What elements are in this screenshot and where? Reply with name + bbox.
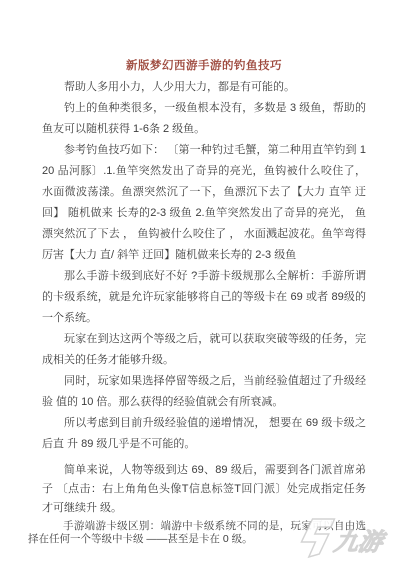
document-page: 新版梦幻西游手游的钓鱼技巧 帮助人多用小力，人少用大力，都是有可能的。 钓上的鱼… [0, 0, 400, 566]
9game-logo-icon: 九游 [292, 516, 392, 560]
paragraph: 参考钓鱼技巧如下： 〔第一种钓过毛蟹，第二种用直竿钓到 120 品河豚〕.1.鱼… [42, 140, 366, 266]
paragraph: 玩家在到达这两个等级之后，就可以获取突破等级的任务，完成相关的任务才能够升级。 [42, 329, 366, 371]
paragraph: 所以考虑到目前升级经验值的递增情况， 想要在 69 级卡级之后直 升 89 级几… [42, 413, 366, 455]
paragraph: 那么手游卡级到底好不好 ?手游卡级规那么全解析：手游所谓的卡级系统，就是允许玩家… [42, 266, 366, 329]
paragraph: 钓上的鱼种类很多，一级鱼根本没有，多数是 3 级鱼，帮助的鱼友可以随机获得 1-… [42, 98, 366, 140]
9game-glyph [299, 519, 335, 557]
paragraph: 帮助人多用小力，人少用大力，都是有可能的。 [42, 77, 366, 98]
page-title: 新版梦幻西游手游的钓鱼技巧 [42, 56, 366, 77]
9game-watermark: 九游 [292, 516, 392, 560]
document-body: 新版梦幻西游手游的钓鱼技巧 帮助人多用小力，人少用大力，都是有可能的。 钓上的鱼… [42, 56, 366, 545]
paragraph: 同时，玩家如果选择停留等级之后，当前经验值超过了升级经验 值的 10 倍。那么获… [42, 371, 366, 413]
paragraph: 简单来说，人物等级到达 69、89 级后，需要到各门派首席弟子 〔点击：右上角角… [42, 461, 366, 518]
watermark-text: 九游 [332, 529, 388, 556]
